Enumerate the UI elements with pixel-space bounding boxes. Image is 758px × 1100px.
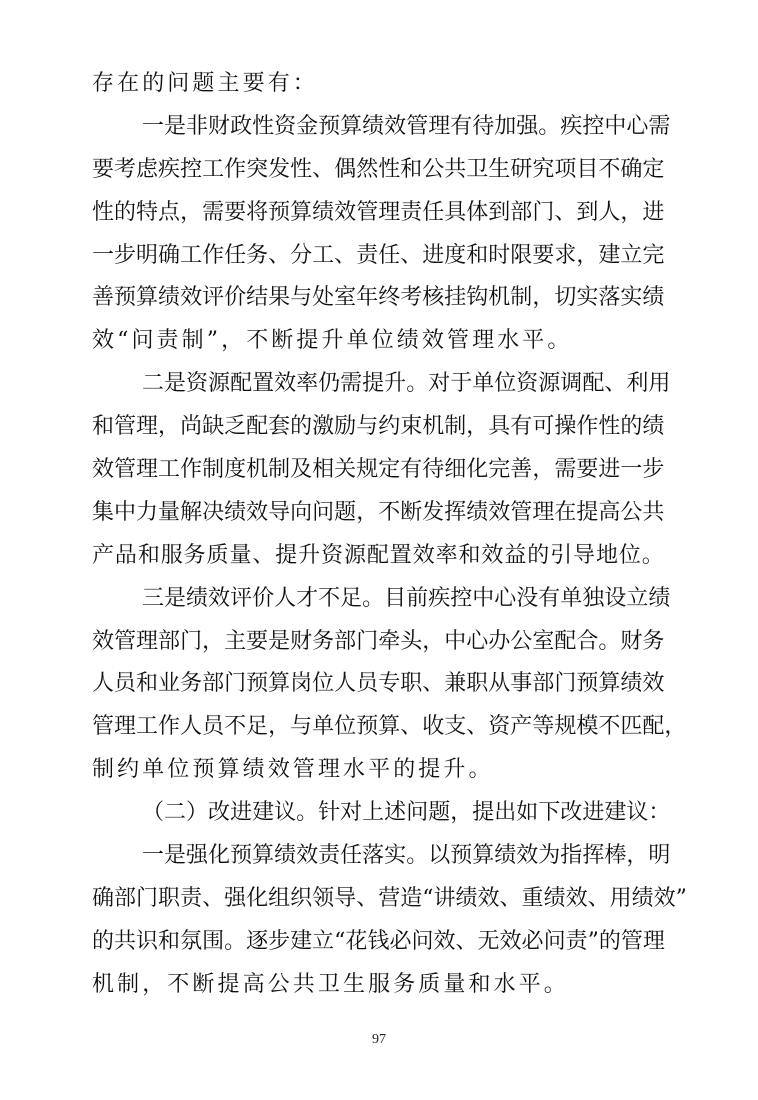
text-line: 和管理，尚缺乏配套的激励与约束机制，具有可操作性的绩 [92,406,664,449]
text-line: 人员和业务部门预算岗位人员专职、兼职从事部门预算绩效 [92,663,664,706]
page-number: 97 [0,1032,758,1048]
text-line: 一是强化预算绩效责任落实。以预算绩效为指挥棒，明 [92,835,664,878]
text-line: 一步明确工作任务、分工、责任、进度和时限要求，建立完 [92,235,664,278]
body-text: 存在的问题主要有： 一是非财政性资金预算绩效管理有待加强。疾控中心需 要考虑疾控… [92,63,664,1007]
document-page: 存在的问题主要有： 一是非财政性资金预算绩效管理有待加强。疾控中心需 要考虑疾控… [0,0,758,1100]
text-line: 二是资源配置效率仍需提升。对于单位资源调配、利用 [92,363,664,406]
text-line: 的共识和氛围。逐步建立“花钱必问效、无效必问责”的管理 [92,921,664,964]
text-line: 效管理部门，主要是财务部门牵头，中心办公室配合。财务 [92,621,664,664]
text-line: 产品和服务质量、提升资源配置效率和效益的引导地位。 [92,535,664,578]
text-line: 要考虑疾控工作突发性、偶然性和公共卫生研究项目不确定 [92,149,664,192]
text-line: 机制，不断提高公共卫生服务质量和水平。 [92,964,664,1007]
text-line: 确部门职责、强化组织领导、营造“讲绩效、重绩效、用绩效” [92,878,664,921]
text-line: 存在的问题主要有： [92,63,664,106]
text-line: 效管理工作制度机制及相关规定有待细化完善，需要进一步 [92,449,664,492]
text-line: 一是非财政性资金预算绩效管理有待加强。疾控中心需 [92,106,664,149]
text-line: 制约单位预算绩效管理水平的提升。 [92,749,664,792]
text-line: 三是绩效评价人才不足。目前疾控中心没有单独设立绩 [92,578,664,621]
section-heading-line: （二）改进建议。针对上述问题，提出如下改进建议： [92,792,664,835]
text-line: 管理工作人员不足，与单位预算、收支、资产等规模不匹配， [92,706,664,749]
text-line: 集中力量解决绩效导向问题，不断发挥绩效管理在提高公共 [92,492,664,535]
text-line: 性的特点，需要将预算绩效管理责任具体到部门、到人，进 [92,192,664,235]
text-line: 效“问责制”，不断提升单位绩效管理水平。 [92,320,664,363]
text-line: 善预算绩效评价结果与处室年终考核挂钩机制，切实落实绩 [92,277,664,320]
